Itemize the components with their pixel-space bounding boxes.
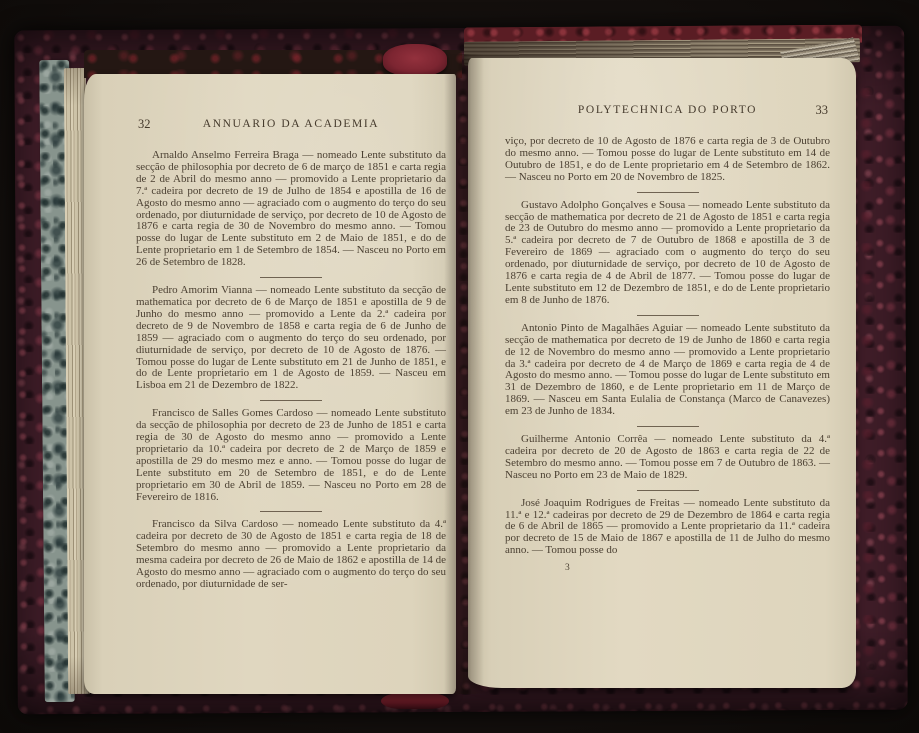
section-divider [260,511,322,512]
paragraph-pedro-vianna: Pedro Amorim Vianna — nomeado Lente subs… [136,285,446,392]
left-page-number: 32 [138,117,151,132]
red-edge-patch-bottom [381,693,449,709]
right-page-number: 33 [816,103,829,118]
section-divider [637,192,699,193]
right-running-title: POLYTECHNICA DO PORTO [505,104,830,116]
scanned-book-spread: 32 ANNUARIO DA ACADEMIA Arnaldo Anselmo … [0,0,919,733]
paragraph-continuation: viço, por decreto de 10 de Agosto de 187… [505,136,830,184]
right-page: POLYTECHNICA DO PORTO 33 viço, por decre… [468,58,856,688]
paragraph-arnaldo-braga: Arnaldo Anselmo Ferreira Braga — nomeado… [136,150,446,269]
paragraph-francisco-salles-cardoso: Francisco de Salles Gomes Cardoso — nome… [136,408,446,503]
red-edge-patch-top [383,44,447,76]
paragraph-francisco-silva-cardoso: Francisco da Silva Cardoso — nomeado Len… [136,519,446,590]
paragraph-gustavo-sousa: Gustavo Adolpho Gonçalves e Sousa — nome… [505,200,830,307]
left-running-head: 32 ANNUARIO DA ACADEMIA [136,118,446,134]
right-running-head: POLYTECHNICA DO PORTO 33 [505,104,830,120]
paragraph-guilherme-correa: Guilherme Antonio Corrêa — nomeado Lente… [505,434,830,482]
left-running-title: ANNUARIO DA ACADEMIA [136,118,446,130]
section-divider [637,315,699,316]
paragraph-antonio-aguiar: Antonio Pinto de Magalhães Aguiar — nome… [505,323,830,418]
signature-mark: 3 [565,563,830,573]
section-divider [637,490,699,491]
left-page: 32 ANNUARIO DA ACADEMIA Arnaldo Anselmo … [84,74,456,694]
section-divider [260,400,322,401]
section-divider [260,277,322,278]
paragraph-jose-freitas: José Joaquim Rodrigues de Freitas — nome… [505,498,830,558]
section-divider [637,426,699,427]
